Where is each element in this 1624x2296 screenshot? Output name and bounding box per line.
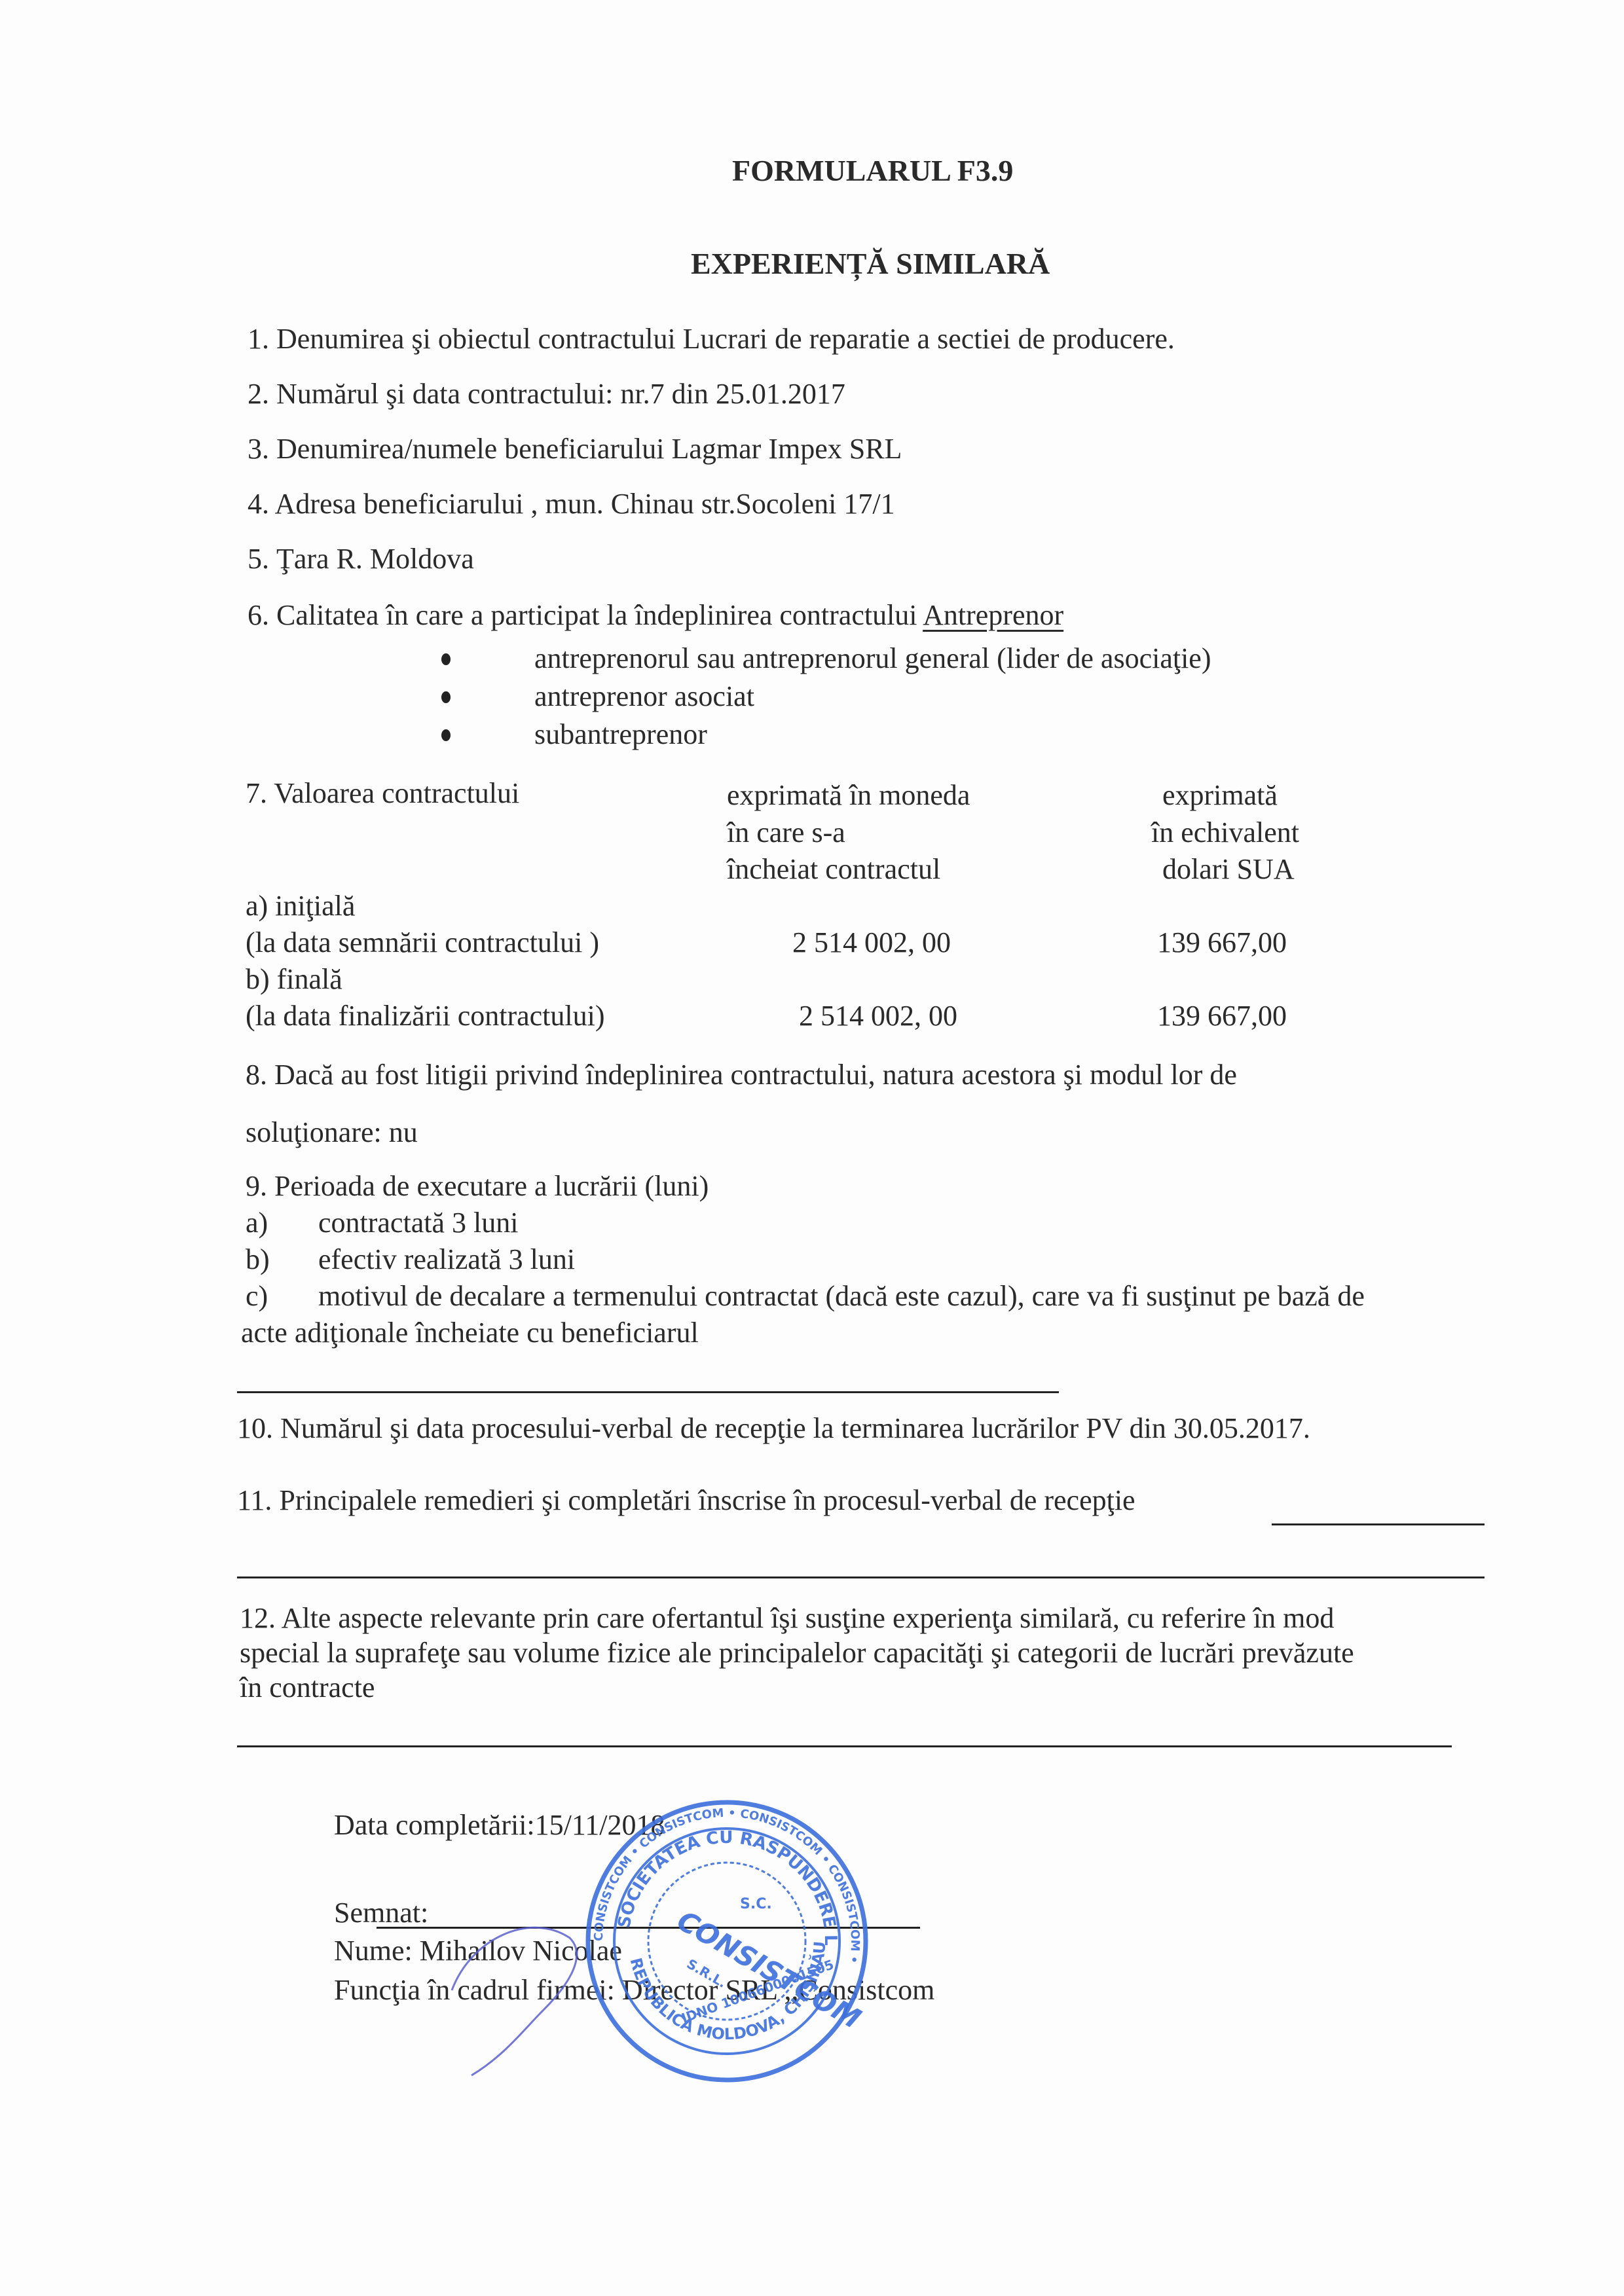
item-2-contract-number-date: 2. Numărul şi data contractului: nr.7 di… [248, 380, 845, 409]
row-initial-local-value: 2 514 002, 00 [792, 928, 951, 957]
col-local-header-2: în care s-a [727, 818, 845, 847]
item-11-remedies: 11. Principalele remedieri şi completări… [237, 1486, 1135, 1515]
item-1-contract-object: 1. Denumirea şi obiectul contractului Lu… [248, 325, 1175, 354]
company-seal-icon: CONSISTCOM • CONSISTCOM • CONSISTCOM • C… [583, 1797, 871, 2085]
item-9b-marker: b) [246, 1245, 270, 1274]
item-9b-realized: efectiv realizată 3 luni [318, 1245, 575, 1274]
item-4-beneficiary-address: 4. Adresa beneficiarului , mun. Chinau s… [248, 490, 895, 519]
col-usd-header-2: în echivalent [1151, 818, 1299, 847]
option-general-contractor: antreprenorul sau antreprenorul general … [534, 644, 1211, 673]
row-initial-sublabel: (la data semnării contractului ) [246, 928, 599, 957]
document-page: FORMULARUL F3.9 EXPERIENȚĂ SIMILARĂ 1. D… [0, 0, 1624, 2296]
item-9c-delay-reason-cont: acte adiţionale încheiate cu beneficiaru… [241, 1319, 699, 1347]
item-8-resolution: soluţionare: nu [246, 1118, 418, 1147]
item-6-label: 6. Calitatea în care a participat la înd… [248, 599, 923, 631]
item-9-period-title: 9. Perioada de executare a lucrării (lun… [246, 1172, 709, 1201]
row-final-local-value: 2 514 002, 00 [799, 1002, 957, 1030]
blank-line-11b [237, 1576, 1485, 1578]
stamp-sc: S.C. [740, 1896, 772, 1912]
row-final-label: b) finală [246, 965, 342, 994]
item-3-beneficiary-name: 3. Denumirea/numele beneficiarului Lagma… [248, 435, 902, 464]
item-5-country: 5. Ţara R. Moldova [248, 545, 474, 574]
col-local-header-3: încheiat contractul [727, 855, 940, 884]
item-9a-contracted: contractată 3 luni [318, 1209, 518, 1237]
option-associate: antreprenor asociat [534, 682, 754, 711]
item-9c-marker: c) [246, 1282, 268, 1311]
row-initial-usd-value: 139 667,00 [1157, 928, 1287, 957]
item-12-other-aspects-1: 12. Alte aspecte relevante prin care ofe… [240, 1604, 1334, 1633]
col-usd-header-1: exprimată [1162, 781, 1278, 810]
col-usd-header-3: dolari SUA [1162, 855, 1295, 884]
blank-line-9c [237, 1391, 1059, 1393]
page-title: EXPERIENȚĂ SIMILARĂ [691, 249, 1050, 279]
bullet-icon [441, 691, 451, 703]
form-code: FORMULARUL F3.9 [732, 156, 1013, 186]
option-subcontractor: subantreprenor [534, 720, 707, 749]
item-6-value: Antreprenor [923, 599, 1063, 631]
item-7-contract-value-label: 7. Valoarea contractului [246, 779, 519, 808]
blank-line-12 [237, 1745, 1452, 1747]
item-12-other-aspects-2: special la suprafeţe sau volume fizice a… [240, 1639, 1354, 1667]
col-local-header-1: exprimată în moneda [727, 781, 970, 810]
row-initial-label: a) iniţială [246, 892, 355, 920]
signed-label: Semnat: [334, 1899, 428, 1927]
row-final-sublabel: (la data finalizării contractului) [246, 1002, 605, 1030]
bullet-icon [441, 653, 451, 665]
item-8-litigation: 8. Dacă au fost litigii privind îndeplin… [246, 1061, 1237, 1089]
row-final-usd-value: 139 667,00 [1157, 1002, 1287, 1030]
blank-line-11a [1272, 1523, 1485, 1525]
item-12-other-aspects-3: în contracte [240, 1673, 375, 1702]
item-9a-marker: a) [246, 1209, 268, 1237]
item-9c-delay-reason: motivul de decalare a termenului contrac… [318, 1282, 1365, 1311]
bullet-icon [441, 729, 451, 741]
item-10-reception-report: 10. Numărul şi data procesului-verbal de… [237, 1414, 1310, 1443]
item-6-participation: 6. Calitatea în care a participat la înd… [248, 601, 1063, 630]
